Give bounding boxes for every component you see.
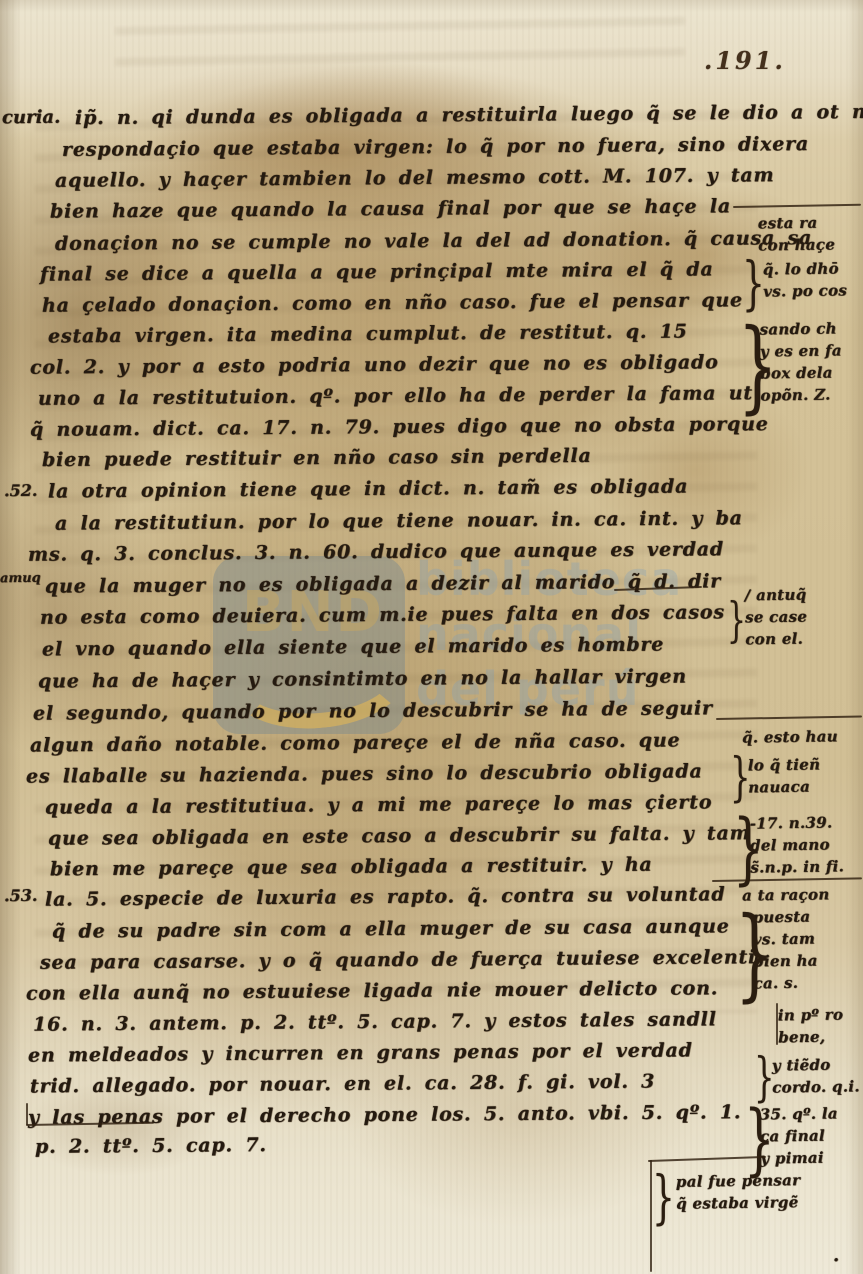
margin-note-2: q̃. lo dhōvs. po cos: [763, 257, 848, 302]
brace-mark: }: [735, 904, 774, 1004]
text-line-16: que la muger no es obligada a dezir al m…: [45, 570, 721, 597]
margin-note-line: bene,: [778, 1026, 844, 1049]
text-line-21: algun daño notable. como pareçe el de nñ…: [30, 729, 681, 756]
margin-note-4: ∕ antuq̃se casecon el.: [745, 584, 808, 651]
text-line-11: q̃ nouam. dict. ca. 17. n. 79. pues digo…: [30, 413, 769, 441]
margin-note-11: y tiẽdocordo. q.i.: [772, 1053, 860, 1098]
rule-mark: [716, 715, 862, 720]
margin-note-1: esta racon haçe: [758, 211, 836, 256]
text-line-14: a la restitutiun. por lo que tiene nouar…: [55, 507, 743, 534]
text-line-18: el vno quando ella siente que el marido …: [42, 634, 664, 661]
brace-mark: }: [744, 1101, 775, 1179]
text-line-10: uno a la restitutuion. qº. por ello ha d…: [38, 382, 753, 410]
text-line-5: donaçion no se cumple no vale la del ad …: [55, 227, 812, 255]
margin-note-line: con el.: [745, 628, 807, 651]
text-line-1: ip̃. n. qi dunda es obligada a restituir…: [75, 101, 863, 129]
text-line-13: la otra opinion tiene que in dict. n. ta…: [48, 475, 688, 502]
catchword-curia: curia.: [2, 107, 61, 129]
margin-note-13: pal fue pensarq̃ estaba virgẽ: [676, 1169, 801, 1215]
margin-note-5: q̃. esto hau: [742, 725, 838, 748]
text-line-6: final se dice a quella a que prinçipal m…: [40, 258, 714, 285]
text-line-4: bien haze que quando la causa final por …: [50, 195, 731, 222]
margin-note-line: q̃. lo dhō: [763, 257, 847, 280]
section-number-52: .52.: [4, 481, 38, 500]
brace-mark: }: [727, 596, 746, 644]
text-line-26: la. 5. especie de luxuria es rapto. q̃. …: [45, 883, 726, 910]
margin-note-line: se case: [745, 606, 807, 629]
text-line-17: no esta como deuiera. cum m.ie pues falt…: [40, 601, 725, 628]
brace-mark: }: [652, 1168, 675, 1226]
margin-note-10: in pº robene,: [778, 1004, 844, 1049]
margin-note-line: cordo. q.i.: [772, 1075, 860, 1098]
text-line-25: bien me pareçe que sea obligada a restit…: [50, 854, 653, 881]
manuscript-page: BND biblioteca nacional del perú .191. i…: [0, 0, 863, 1274]
text-line-32: trid. allegado. por nouar. en el. ca. 28…: [30, 1071, 655, 1098]
text-line-22: es llaballe su hazienda. pues sino lo de…: [26, 760, 703, 787]
rule-mark: [733, 204, 861, 208]
text-line-30: 16. n. 3. antem. p. 2. ttº. 5. cap. 7. y…: [33, 1008, 717, 1035]
text-line-9: col. 2. y por a esto podria uno dezir qu…: [30, 351, 719, 378]
brace-mark: }: [733, 810, 764, 888]
vrule-mark: [776, 1003, 778, 1045]
vrule-mark: [650, 1160, 652, 1272]
brace-mark: }: [730, 752, 751, 804]
text-line-7: ha çelado donaçion. como en nño caso. fu…: [42, 289, 743, 317]
stray-mark: amuq: [0, 571, 41, 586]
margin-note-line: q̃ estaba virgẽ: [676, 1191, 801, 1215]
margin-note-line: nauaca: [748, 775, 821, 798]
margin-note-line: q̃. esto hau: [742, 725, 838, 748]
text-line-29: con ella aunq̃ no estuuiese ligada nie m…: [26, 977, 718, 1004]
brace-mark: }: [738, 316, 777, 416]
brace-mark: }: [742, 254, 765, 312]
text-line-28: sea para casarse. y o q̃ quando de fuerç…: [40, 946, 756, 974]
ink-dot: ·: [833, 1250, 840, 1271]
margin-note-line: ∕ antuq̃: [745, 584, 807, 607]
margin-note-line: vs. po cos: [763, 279, 847, 302]
margin-note-line: in pº ro: [778, 1004, 844, 1027]
text-line-24: que sea obligada en este caso a descubri…: [48, 822, 751, 850]
text-line-3: aquello. y haçer tambien lo del mesmo co…: [55, 164, 775, 192]
vrule-mark: [26, 1103, 28, 1125]
margin-note-line: lo q̃ tieñ: [748, 753, 821, 776]
margin-note-line: y tiẽdo: [772, 1053, 860, 1076]
text-line-12: bien puede restituir en nño caso sin per…: [42, 445, 592, 471]
margin-note-line: esta ra: [758, 211, 835, 234]
text-line-8: estaba virgen. ita medina cumplut. de re…: [48, 320, 688, 347]
margin-note-line: del mano: [750, 833, 844, 856]
text-line-2: respondaçio que estaba virgen: lo q̃ por…: [62, 133, 809, 161]
text-line-27: q̃ de su padre sin com a ella muger de s…: [52, 915, 730, 942]
margin-note-line: s̃.n.p. in fi.: [750, 855, 844, 878]
text-line-15: ms. q. 3. conclus. 3. n. 60. dudico que …: [28, 538, 724, 565]
text-line-20: el segundo, quando por no lo descubrir s…: [33, 697, 713, 724]
handwriting-layer: ip̃. n. qi dunda es obligada a restituir…: [0, 0, 863, 1274]
margin-note-6: lo q̃ tieñnauaca: [748, 753, 821, 798]
text-line-23: queda a la restitutiua. y a mi me pareçe…: [45, 791, 712, 818]
text-line-33: y las penas por el derecho pone los. 5. …: [28, 1101, 741, 1129]
section-number-53: .53.: [4, 886, 38, 905]
text-line-19: que ha de haçer y consintimto en no la h…: [38, 665, 687, 692]
margin-note-line: con haçe: [758, 233, 835, 256]
margin-note-line: pal fue pensar: [676, 1169, 801, 1193]
text-line-34: p. 2. ttº. 5. cap. 7.: [35, 1134, 267, 1158]
text-line-31: en meldeados y incurren en grans penas p…: [28, 1039, 693, 1066]
